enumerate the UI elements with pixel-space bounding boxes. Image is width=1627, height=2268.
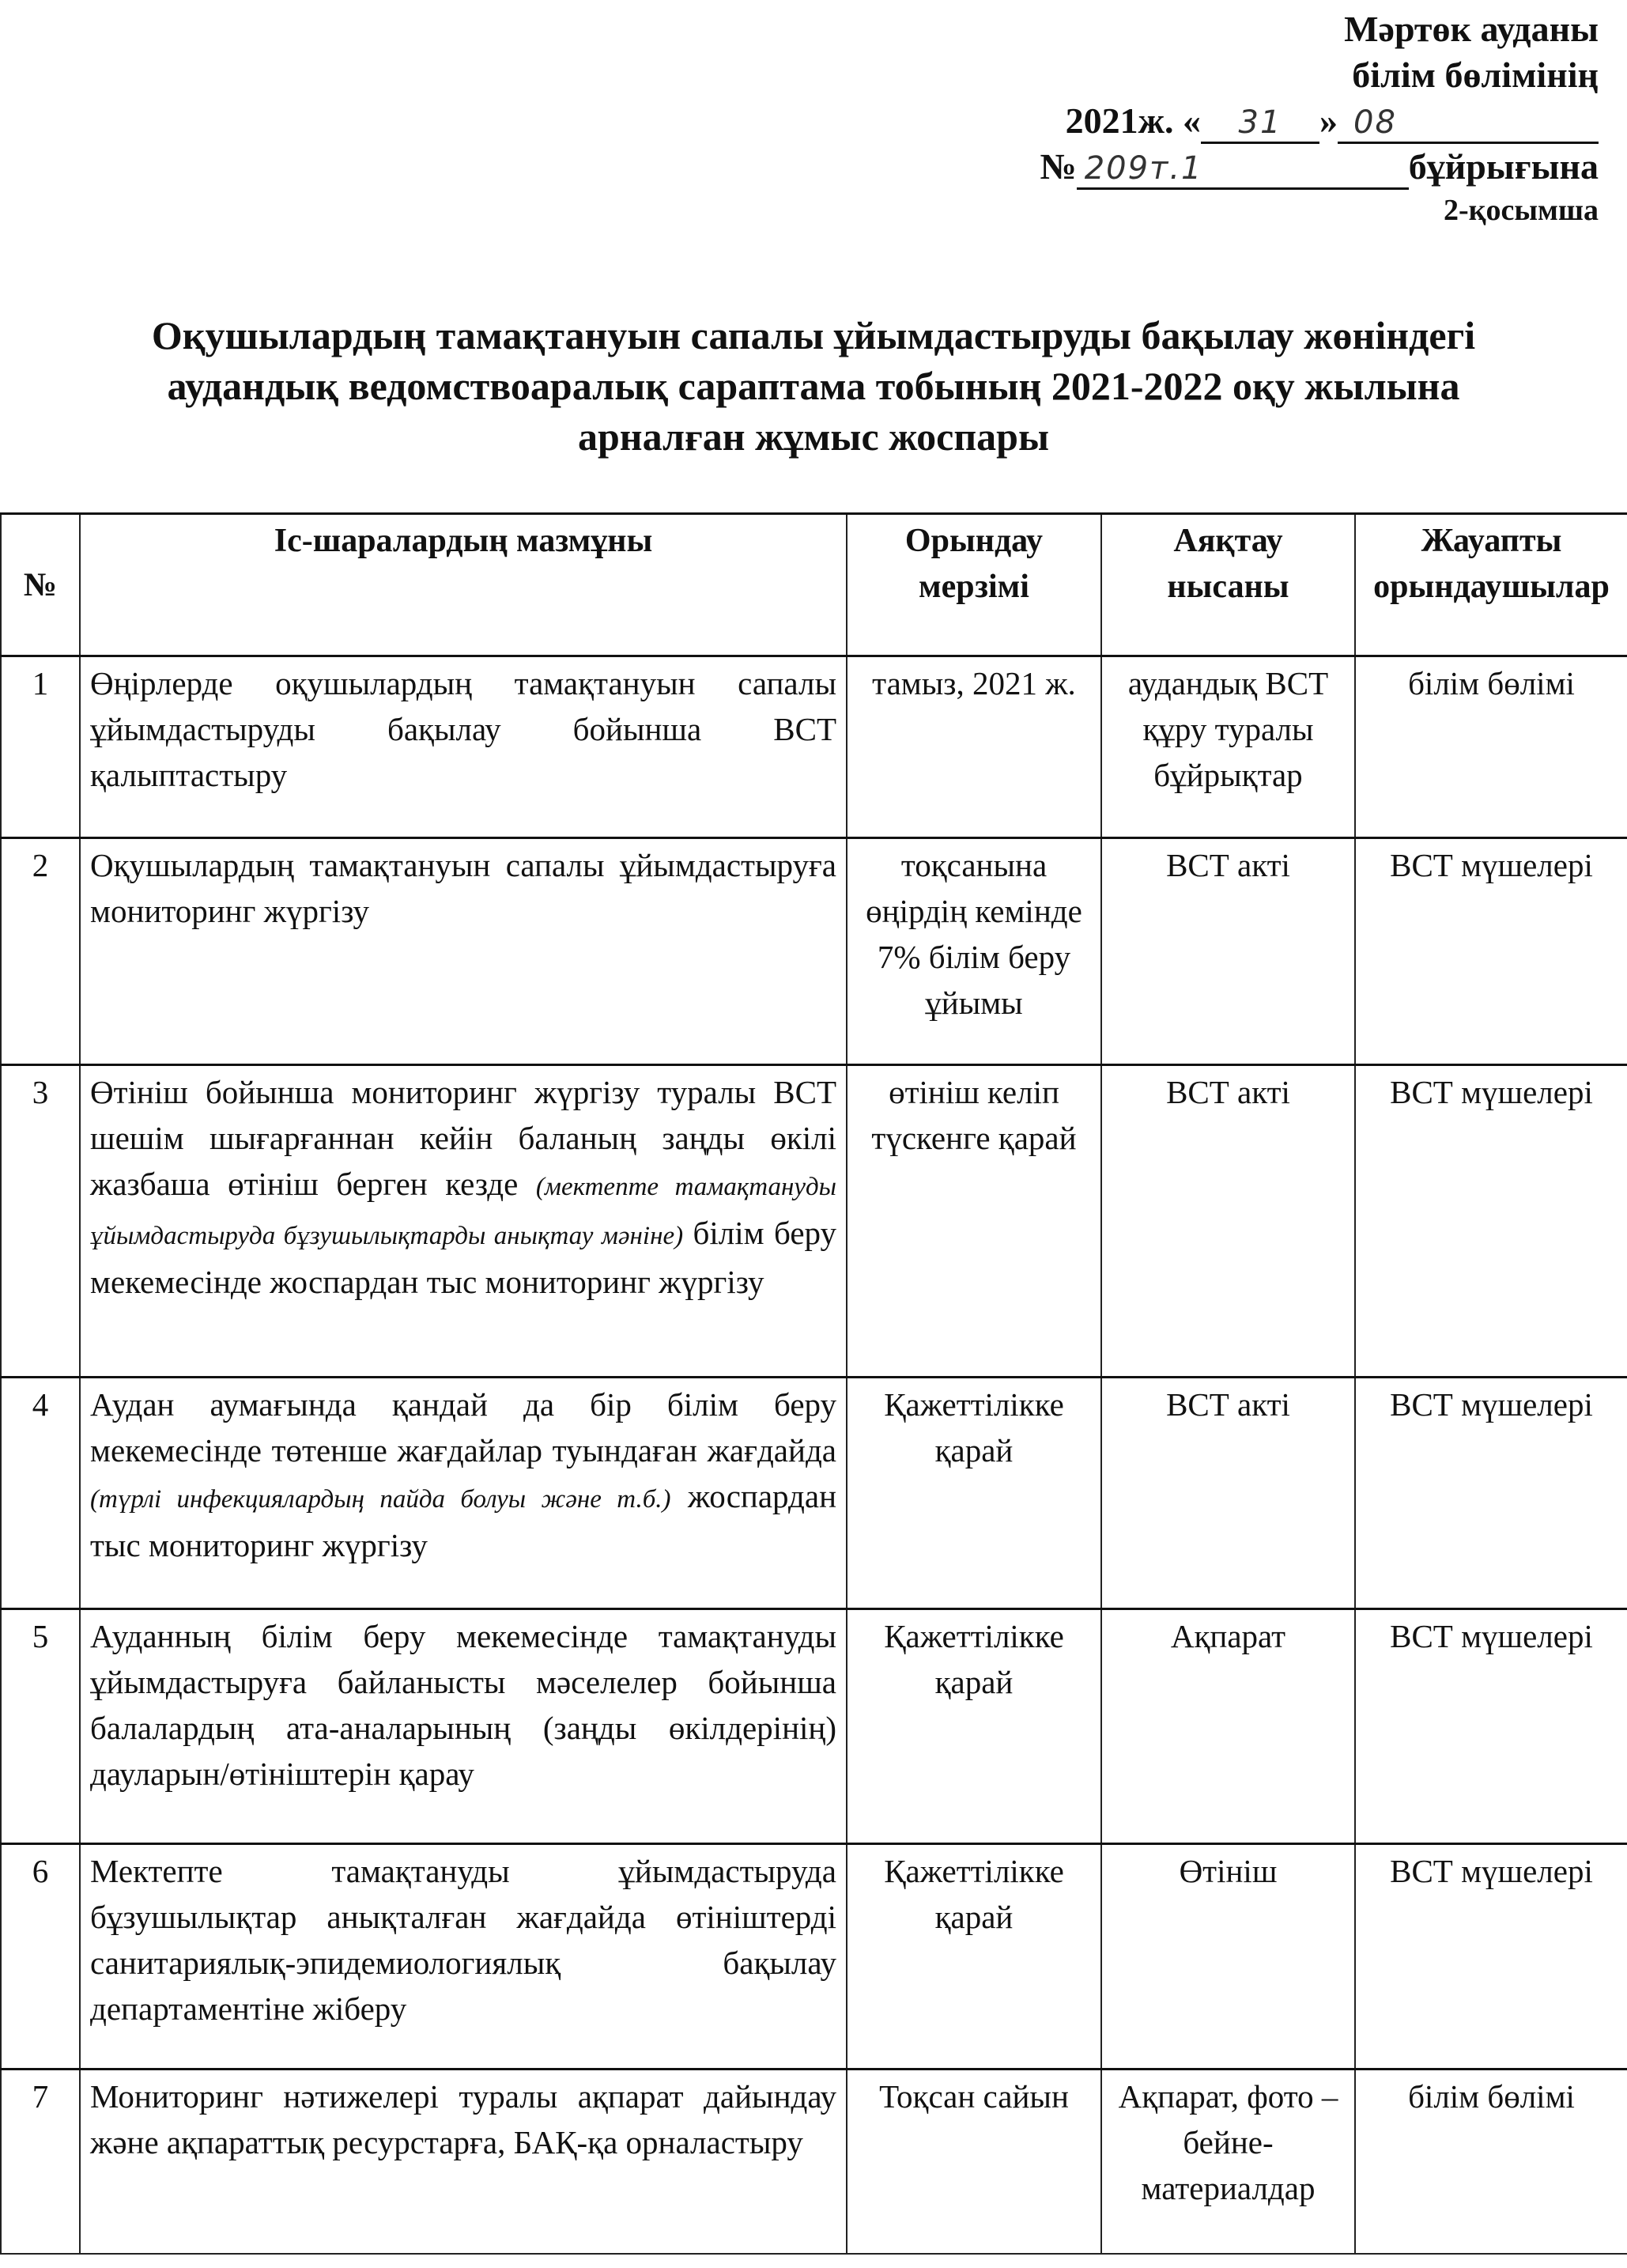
row-responsible: ВСТ мүшелері [1355,1378,1627,1609]
stamp-order: №209т.1бұйрығына [998,144,1599,190]
row-form: Ақпарат [1101,1609,1355,1844]
stamp-appendix: 2-қосымша [998,190,1599,231]
row-form: ВСТ акті [1101,1065,1355,1378]
row-content: Мектепте тамақтануды ұйымдастыруда бұзуш… [80,1844,847,2070]
table-row: 2Оқушылардың тамақтануын сапалы ұйымдаст… [1,838,1627,1065]
row-responsible: білім бөлімі [1355,2070,1627,2254]
content-text: Оқушылардың тамақтануын сапалы ұйымдасты… [90,847,836,929]
row-content: Оқушылардың тамақтануын сапалы ұйымдасты… [80,838,847,1065]
table-row: 1Өңірлерде оқушылардың тамақтануын сапал… [1,656,1627,838]
content-text: Мониторинг нәтижелері туралы ақпарат дай… [90,2078,836,2160]
table-row: 7Мониторинг нәтижелері туралы ақпарат да… [1,2070,1627,2254]
title-line-1: Оқушылардың тамақтануын сапалы ұйымдасты… [0,310,1627,361]
date-mid: » [1319,100,1338,141]
table-row: 3Өтініш бойынша мониторинг жүргізу турал… [1,1065,1627,1378]
date-month-field: 08 [1338,104,1599,144]
table-row: 6Мектепте тамақтануды ұйымдастыруда бұзу… [1,1844,1627,2070]
header-content: Іс-шаралардың мазмұны [80,514,847,656]
row-responsible: білім бөлімі [1355,656,1627,838]
row-number: 2 [1,838,80,1065]
stamp-date: 2021ж. «31»08 [998,98,1599,144]
row-form: ВСТ акті [1101,1378,1355,1609]
row-content: Өтініш бойынша мониторинг жүргізу туралы… [80,1065,847,1378]
table-row: 5Ауданның білім беру мекемесінде тамақта… [1,1609,1627,1844]
stamp-district: Мәртөк ауданы [998,6,1599,52]
row-number: 7 [1,2070,80,2254]
row-form: Ақпарат, фото – бейне-материалдар [1101,2070,1355,2254]
row-deadline: Тоқсан сайын [847,2070,1101,2254]
order-prefix: № [1040,146,1076,187]
title-line-3: арналған жұмыс жоспары [0,411,1627,462]
content-note: (түрлі инфекциялардың пайда болуы және т… [90,1485,671,1514]
table-header-row: № Іс-шаралардың мазмұны Орындау мерзімі … [1,514,1627,656]
row-responsible: ВСТ мүшелері [1355,1844,1627,2070]
date-prefix: 2021ж. « [1066,100,1201,141]
row-number: 6 [1,1844,80,2070]
row-number: 5 [1,1609,80,1844]
row-deadline: Қажеттілікке қарай [847,1378,1101,1609]
row-deadline: тамыз, 2021 ж. [847,656,1101,838]
row-content: Аудан аумағында қандай да бір білім беру… [80,1378,847,1609]
row-content: Ауданның білім беру мекемесінде тамақтан… [80,1609,847,1844]
content-text: Мектепте тамақтануды ұйымдастыруда бұзуш… [90,1853,836,2027]
row-deadline: Қажеттілікке қарай [847,1609,1101,1844]
order-number-field: 209т.1 [1077,149,1409,190]
row-responsible: ВСТ мүшелері [1355,1609,1627,1844]
content-text: Өңірлерде оқушылардың тамақтануын сапалы… [90,665,836,793]
row-form: Өтініш [1101,1844,1355,2070]
row-form: аудандық ВСТ құру туралы бұйрықтар [1101,656,1355,838]
title-line-2: аудандық ведомствоаралық сараптама тобын… [0,361,1627,411]
approval-stamp: Мәртөк ауданы білім бөлімінің 2021ж. «31… [998,6,1599,231]
row-deadline: тоқсанына өңірдің кемінде 7% білім беру … [847,838,1101,1065]
table-row: 4Аудан аумағында қандай да бір білім бер… [1,1378,1627,1609]
row-number: 3 [1,1065,80,1378]
work-plan-table: № Іс-шаралардың мазмұны Орындау мерзімі … [0,512,1627,2255]
header-num: № [1,514,80,656]
document-title: Оқушылардың тамақтануын сапалы ұйымдасты… [0,310,1627,462]
header-responsible: Жауапты орындаушылар [1355,514,1627,656]
header-form: Аяқтау нысаны [1101,514,1355,656]
row-form: ВСТ акті [1101,838,1355,1065]
row-responsible: ВСТ мүшелері [1355,1065,1627,1378]
header-deadline: Орындау мерзімі [847,514,1101,656]
row-number: 1 [1,656,80,838]
row-deadline: өтініш келіп түскенге қарай [847,1065,1101,1378]
row-content: Өңірлерде оқушылардың тамақтануын сапалы… [80,656,847,838]
order-suffix: бұйрығына [1409,146,1599,187]
date-day-field: 31 [1201,104,1319,144]
content-text: Ауданның білім беру мекемесінде тамақтан… [90,1618,836,1792]
row-number: 4 [1,1378,80,1609]
row-content: Мониторинг нәтижелері туралы ақпарат дай… [80,2070,847,2254]
row-responsible: ВСТ мүшелері [1355,838,1627,1065]
row-deadline: Қажеттілікке қарай [847,1844,1101,2070]
stamp-department: білім бөлімінің [998,52,1599,98]
content-text: Аудан аумағында қандай да бір білім беру… [90,1386,836,1469]
